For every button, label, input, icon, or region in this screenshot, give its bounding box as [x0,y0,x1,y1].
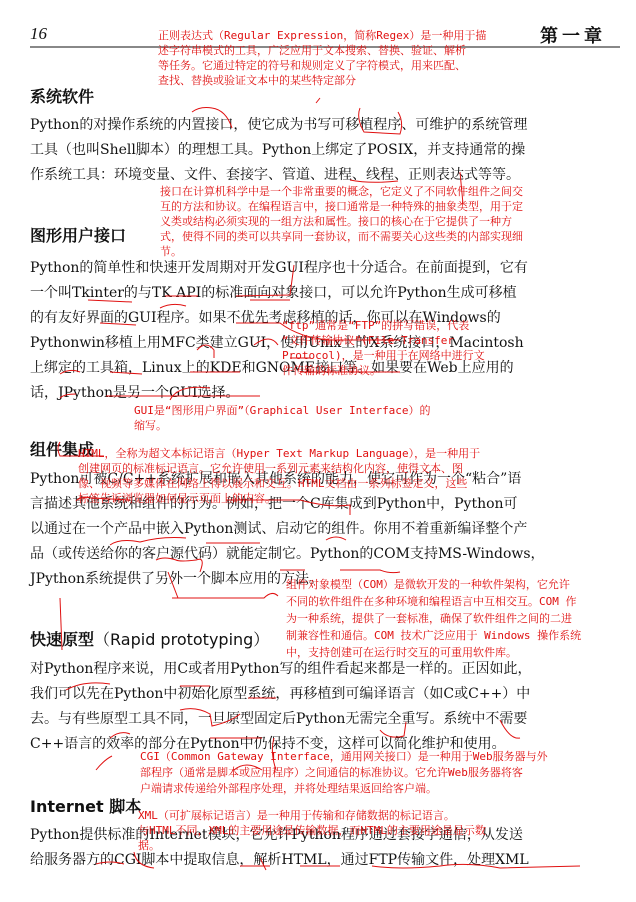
page-number: 16 [30,24,47,44]
annotation-com: 组件对象模型（COM）是微软开发的一种软件架构，它允许 不同的软件组件在多种环境… [286,576,581,661]
annotation-line: “文件传输协议”(File Transfer [282,333,485,348]
chapter-title: 第一章 [540,22,606,48]
text-line: Python的简单性和快速开发周期对开发GUI程序也十分适合。在前面提到，它有 [30,256,578,281]
annotation-line: 与HTML不同，XML的主要用途是传输数据，而HTML的主要用途是显示数 [138,823,486,838]
annotation-line: 创建网页的标准标记语言。它允许使用一系列元素来结构化内容，使得文本、图 [78,461,480,476]
text-line: 工具（也叫Shell脚本）的理想工具。Python上绑定了POSIX，并支持通常… [30,138,578,163]
heading-rapid-zh: 快速原型 [30,630,94,649]
annotation-line: 接口在计算机科学中是一个非常重要的概念，它定义了不同软件组件之间交 [160,184,523,199]
text-line: 品（或传送给你的客户源代码）就能定制它。Python的COM支持MS-Windo… [30,542,578,567]
heading-rapid-prototyping: 快速原型（Rapid prototyping） [30,627,269,650]
annotation-line: 制兼容性和通信。COM 技术广泛应用于 Windows 操作系统 [286,627,581,644]
annotation-line: 不同的软件组件在多种环境和编程语言中互相交互。COM 作 [286,593,581,610]
annotation-cgi: CGI（Common Gateway Interface，通用网关接口）是一种用… [140,749,548,797]
text-line: Python的对操作系统的内置接口，使它成为书写可移植程序、可维护的系统管理 [30,113,578,138]
paragraph-rapid-prototyping: 对Python程序来说，用C或者用Python写的组件看起来都是一样的。正因如此… [30,657,578,757]
annotation-line: 正则表达式（Regular Expression，简称Regex）是一种用于描 [158,28,486,43]
annotation-gui: GUI是“图形用户界面”（Graphical User Interface）的 … [134,403,431,433]
annotation-line: 互的方法和协议。在编程语言中，接口通常是一种特殊的抽象类型，用于定 [160,199,523,214]
annotation-line: GUI是“图形用户界面”（Graphical User Interface）的 [134,403,431,418]
heading-rapid-latin: （Rapid prototyping） [94,630,269,649]
text-line: 以通过在一个产品中嵌入Python测试、启动它的组件。你用不着重新编译整个产 [30,517,578,542]
annotation-ftp: “ftp”通常是“FTP”的拼写错误，代表 “文件传输协议”(File Tran… [282,318,485,378]
annotation-line: Protocol)，是一种用于在网络中进行文 [282,348,485,363]
annotation-line: XML（可扩展标记语言）是一种用于传输和存储数据的标记语言。 [138,808,486,823]
annotation-line: 像、视频等多媒体在网络上得以展示和交互。HTML文档由一系列标签定义，这些 [78,476,480,491]
heading-internet-scripting: Internet 脚本 [30,794,141,817]
annotation-line: 据。 [138,838,486,853]
annotation-html: HTML，全称为超文本标记语言（Hyper Text Markup Langua… [78,446,480,506]
paragraph-system-software: Python的对操作系统的内置接口，使它成为书写可移植程序、可维护的系统管理 工… [30,113,578,188]
annotation-line: “ftp”通常是“FTP”的拼写错误，代表 [282,318,485,333]
annotation-xml: XML（可扩展标记语言）是一种用于传输和存储数据的标记语言。 与HTML不同，X… [138,808,486,853]
annotation-line: 义类或结构必须实现的一组方法和属性。接口的核心在于它提供了一种方 [160,214,523,229]
annotation-line: 式，使得不同的类可以共享同一套协议，而不需要关心这些类的内部实现细 [160,229,523,244]
annotation-line: 述字符串模式的工具，广泛应用于文本搜索、替换、验证、解析 [158,43,486,58]
annotation-line: 节。 [160,244,523,259]
annotation-line: HTML，全称为超文本标记语言（Hyper Text Markup Langua… [78,446,480,461]
annotation-line: 部程序（通常是脚本或应用程序）之间通信的标准协议。它允许Web服务器将客 [140,765,548,781]
annotation-line: 中，支持创建可在运行时交互的可重用软件库。 [286,644,581,661]
annotation-line: 件传输的标准协议。 [282,363,485,378]
annotation-line: 缩写。 [134,418,431,433]
heading-gui: 图形用户接口 [30,223,126,246]
text-line: 一个叫Tkinter的与TK API的标准面向对象接口，可以允许Python生成… [30,281,578,306]
annotation-line: 组件对象模型（COM）是微软开发的一种软件架构，它允许 [286,576,581,593]
annotation-line: 户端请求传递给外部程序处理，并将处理结果返回给客户端。 [140,781,548,797]
annotation-interface: 接口在计算机科学中是一个非常重要的概念，它定义了不同软件组件之间交 互的方法和协… [160,184,523,259]
annotation-line: 查找、替换或验证文本中的某些特定部分 [158,73,486,88]
annotation-line: 为一种系统，提供了一套标准，确保了软件组件之间的二进 [286,610,581,627]
annotation-line: CGI（Common Gateway Interface，通用网关接口）是一种用… [140,749,548,765]
annotation-line: 等任务。它通过特定的符号和规则定义了字符模式，用来匹配、 [158,58,486,73]
text-line: 我们可以先在Python中初始化原型系统，再移植到可编译语言（如C或C++）中 [30,682,578,707]
annotation-regex: 正则表达式（Regular Expression，简称Regex）是一种用于描 … [158,28,486,88]
heading-system-software: 系统软件 [30,84,94,107]
annotation-line: 标签告诉浏览器如何显示页面上的内容。 [78,491,480,506]
text-line: 去。与有些原型工具不同，一旦原型固定后Python无需完全重写。系统中不需要 [30,707,578,732]
